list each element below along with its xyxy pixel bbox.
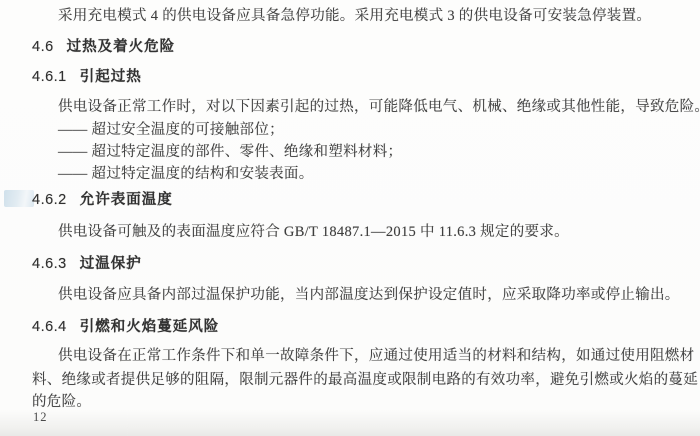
section-number: 4.6.3 [32,256,67,273]
section-number: 4.6.2 [32,192,67,209]
paragraph-4-6-4-line3: 的危险。 [32,394,91,411]
section-number: 4.6.1 [32,69,67,86]
section-number: 4.6.4 [32,319,67,336]
bullet-item: —— 超过特定温度的结构和安装表面。 [58,166,314,183]
section-heading-4-6-1: 4.6.1引起过热 [32,69,142,86]
section-heading-4-6-4: 4.6.4引燃和火焰蔓延风险 [32,319,219,336]
section-title: 过温保护 [80,256,142,273]
document-page: 采用充电模式 4 的供电设备应具备急停功能。采用充电模式 3 的供电设备可安装急… [0,0,700,436]
bullet-item: —— 超过安全温度的可接触部位； [58,122,284,139]
section-number: 4.6 [32,39,54,56]
intro-paragraph: 采用充电模式 4 的供电设备应具备急停功能。采用充电模式 3 的供电设备可安装急… [58,8,651,25]
section-heading-4-6-2: 4.6.2允许表面温度 [32,192,173,209]
paragraph-4-6-3: 供电设备应具备内部过温保护功能，当内部温度达到保护设定值时，应采取降功率或停止输… [58,287,680,304]
bullet-item: —— 超过特定温度的部件、零件、绝缘和塑料材料； [58,144,402,161]
paragraph-4-6-4-line2: 料、绝缘或者提供足够的阻隔，限制元器件的最高温度或限制电路的有效功率，避免引燃或… [32,372,698,389]
section-heading-4-6-3: 4.6.3过温保护 [32,256,142,273]
scan-smudge-mark [4,190,34,207]
section-title: 引燃和火焰蔓延风险 [80,319,220,336]
section-title: 允许表面温度 [80,192,173,209]
paragraph-4-6-1: 供电设备正常工作时，对以下因素引起的过热，可能降低电气、机械、绝缘或其他性能，导… [58,99,700,116]
section-heading-4-6: 4.6过热及着火危险 [32,39,175,56]
page-number: 12 [33,410,48,425]
section-title: 引起过热 [80,69,142,86]
section-title: 过热及着火危险 [67,39,176,56]
paragraph-4-6-2: 供电设备可触及的表面温度应符合 GB/T 18487.1—2015 中 11.6… [58,224,569,241]
paragraph-4-6-4-line1: 供电设备在正常工作条件下和单一故障条件下，应通过使用适当的材料和结构，如通过使用… [58,348,694,365]
